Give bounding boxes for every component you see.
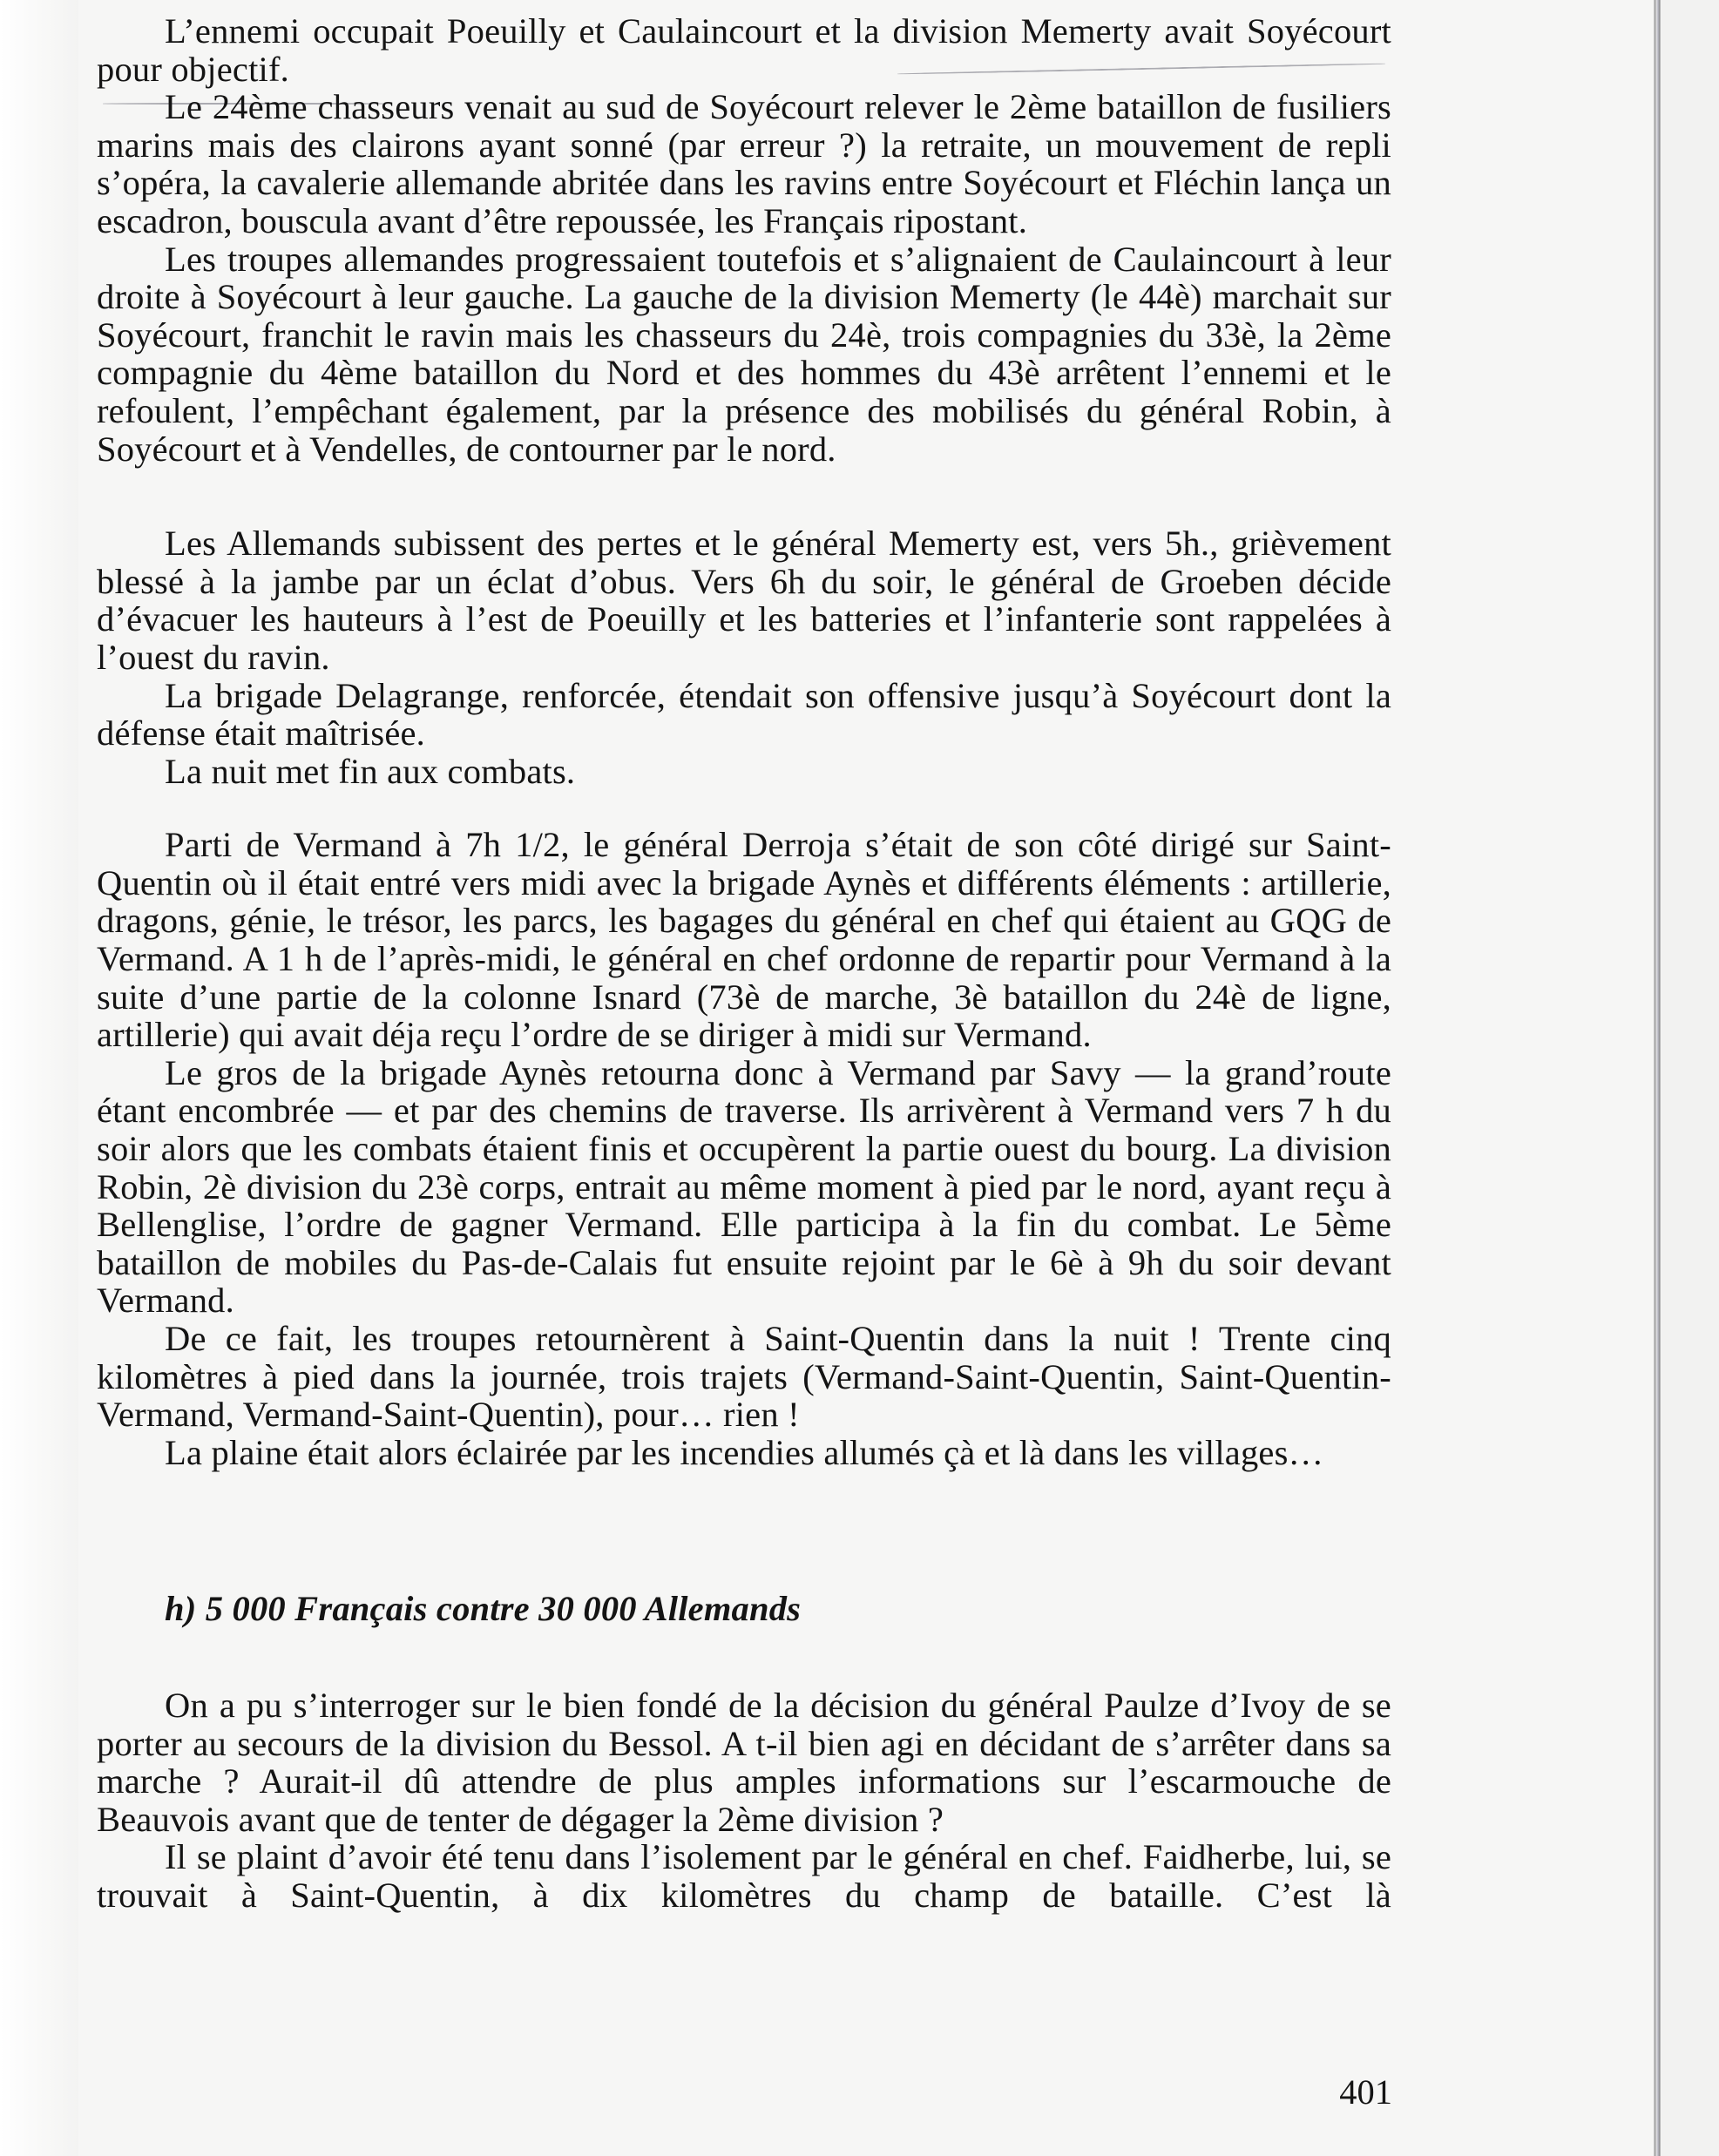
paragraph: La nuit met fin aux combats. bbox=[97, 753, 1391, 791]
page-edge-shading bbox=[0, 0, 78, 2156]
paragraph: On a pu s’interroger sur le bien fondé d… bbox=[97, 1686, 1391, 1838]
paragraph: Le gros de la brigade Aynès retourna don… bbox=[97, 1054, 1391, 1320]
page-body: L’ennemi occupait Poeuilly et Caulaincou… bbox=[97, 12, 1391, 1915]
paragraph: Il se plaint d’avoir été tenu dans l’iso… bbox=[97, 1838, 1391, 1914]
page-number: 401 bbox=[1324, 2073, 1392, 2112]
paragraph: Les Allemands subissent des pertes et le… bbox=[97, 524, 1391, 676]
section-heading: h) 5 000 Français contre 30 000 Allemand… bbox=[97, 1590, 1391, 1628]
book-spine-edge bbox=[1654, 0, 1661, 2156]
paragraph: Parti de Vermand à 7h 1/2, le général De… bbox=[97, 826, 1391, 1054]
paragraph: La plaine était alors éclairée par les i… bbox=[97, 1434, 1391, 1472]
paragraph: La brigade Delagrange, renforcée, étenda… bbox=[97, 677, 1391, 753]
paragraph: De ce fait, les troupes retournèrent à S… bbox=[97, 1320, 1391, 1434]
paragraph: L’ennemi occupait Poeuilly et Caulaincou… bbox=[97, 12, 1391, 88]
paragraph: Les troupes allemandes progressaient tou… bbox=[97, 240, 1391, 469]
adjacent-page-margin bbox=[1661, 0, 1719, 2156]
paragraph: Le 24ème chasseurs venait au sud de Soyé… bbox=[97, 88, 1391, 240]
